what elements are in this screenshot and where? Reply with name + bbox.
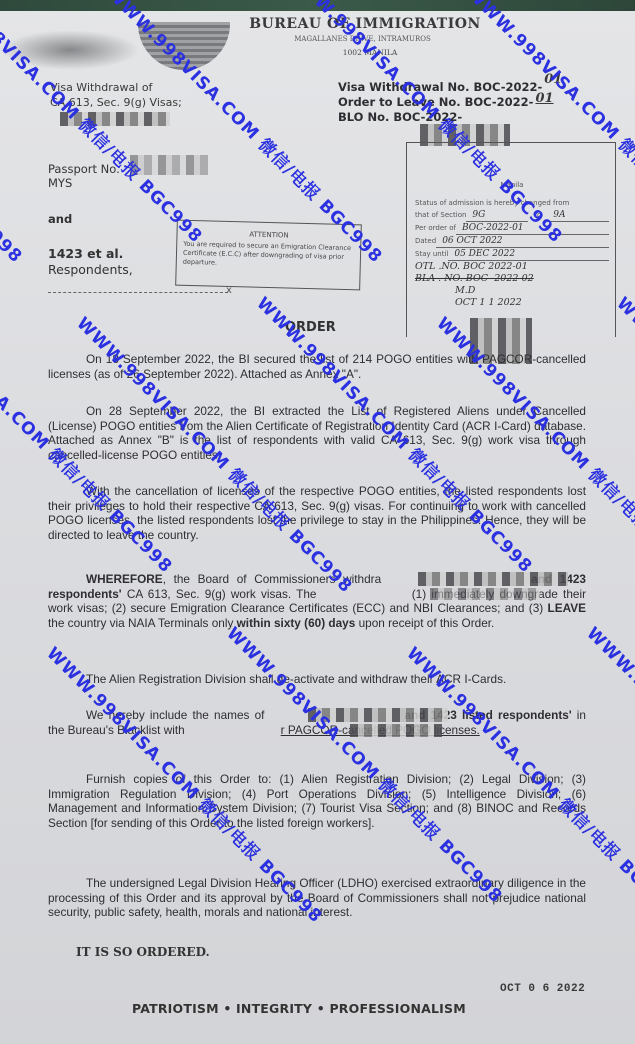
handwritten-number: 01 [535, 91, 553, 106]
paragraph-2: On 28 September 2022, the BI extracted t… [48, 404, 586, 462]
stamp-per-order-row: Per order of BOC-2022-01 [415, 222, 609, 235]
attention-text: You are required to secure an Emigration… [183, 240, 355, 271]
redacted-text [350, 724, 442, 737]
caption-line-1: Visa Withdrawal of [50, 80, 182, 95]
agency-name: BUREAU OF IMMIGRATION [240, 16, 490, 32]
per-order-value: BOC-2022-01 [456, 222, 609, 235]
stamp-line-1: Status of admission is hereby changed fr… [415, 197, 609, 209]
redacted-respondent-name [308, 708, 448, 722]
stamp-section-row: that of Section 9G to 9A [415, 209, 609, 222]
paragraph-furnish: Furnish copies of this Order to: (1) Ali… [48, 772, 586, 830]
agency-address: MAGALLANES DRIVE, INTRAMUROS [270, 35, 455, 43]
nationality: MYS [48, 176, 72, 190]
footer-motto: PATRIOTISM • INTEGRITY • PROFESSIONALISM [132, 1001, 466, 1016]
paragraph-1: On 18 September 2022, the BI secured the… [48, 352, 586, 381]
redacted-name [60, 112, 170, 126]
signed-date: OCT 1 1 2022 [415, 297, 609, 309]
stamp-dated-row: Dated 06 OCT 2022 [415, 235, 609, 248]
order-to-leave-number: Order to Leave No. BOC-2022-01 [338, 95, 560, 110]
visa-withdrawal-number: Visa Withdrawal No. BOC-2022-01 [338, 80, 560, 95]
bla-number: BLA . NO. BOC -2022-02 [415, 273, 609, 285]
passport-label: Passport No. [48, 162, 120, 176]
respondents-label: Respondents, [48, 263, 133, 277]
respondent-count: 1423 et al. [48, 247, 123, 261]
stamp-stay-row: Stay until 05 DEC 2022 [415, 248, 609, 261]
and-label: and [48, 212, 72, 226]
caption-line-2: CA 613, Sec. 9(g) Visas; [50, 95, 182, 110]
redacted-passport [130, 155, 208, 175]
photocopy-smudge [0, 30, 140, 70]
signatory: M.D [415, 285, 609, 297]
attention-stamp: ATTENTION You are required to secure an … [175, 220, 362, 291]
blo-number: BLO No. BOC-2022- [338, 110, 560, 124]
agency-city: 1002 MANILA [330, 48, 410, 57]
top-border-strip [0, 0, 635, 11]
paragraph-acr: The Alien Registration Division shall de… [48, 672, 586, 687]
stamp-city: Manila [415, 179, 609, 191]
otl-number: OTL .NO. BOC 2022-01 [415, 261, 609, 273]
status-change-stamp: Manila Status of admission is hereby cha… [406, 142, 616, 337]
to-section: 9A [547, 209, 609, 222]
from-section: 9G [466, 209, 528, 222]
redacted-text [430, 588, 540, 600]
paragraph-3: With the cancellation of licenses of the… [48, 484, 586, 542]
dated-value: 06 OCT 2022 [436, 235, 609, 248]
stay-until-value: 05 DEC 2022 [448, 248, 609, 261]
redacted-respondent-name [418, 572, 568, 586]
handwritten-number: 01 [544, 72, 562, 87]
order-title: ORDER [285, 320, 336, 335]
case-caption-left: Visa Withdrawal of CA 613, Sec. 9(g) Vis… [50, 80, 182, 110]
case-caption-right: Visa Withdrawal No. BOC-2022-01 Order to… [338, 80, 560, 124]
date-stamp: OCT 0 6 2022 [500, 983, 585, 995]
closing-statement: IT IS SO ORDERED. [76, 945, 210, 959]
caption-divider [48, 292, 228, 293]
paragraph-ldho: The undersigned Legal Division Hearing O… [48, 876, 586, 920]
